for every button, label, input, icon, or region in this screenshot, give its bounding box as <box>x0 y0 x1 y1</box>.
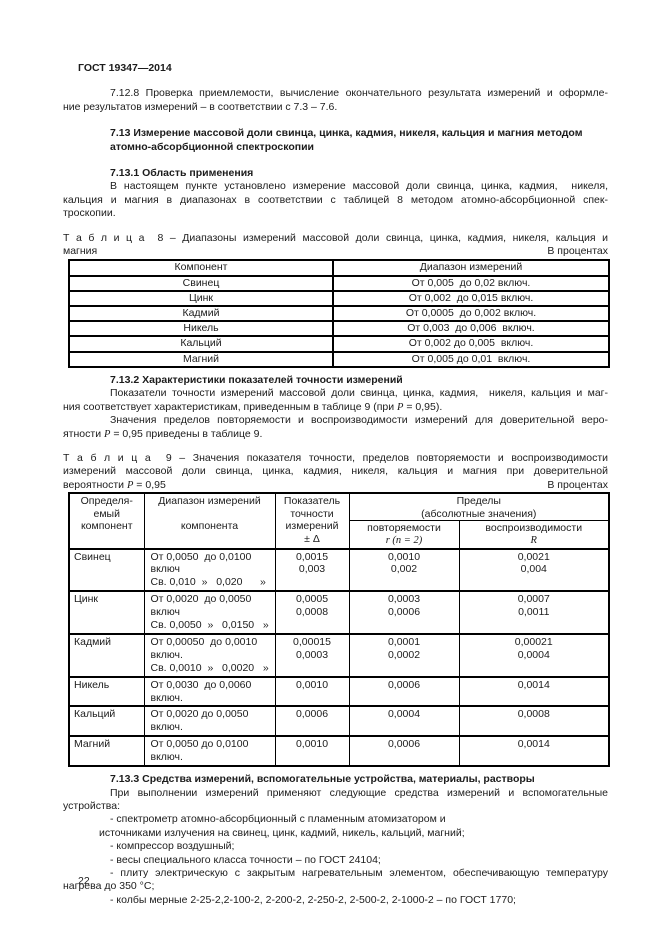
table9-header-reproducibility: воспроизводимостиR <box>459 521 609 549</box>
section-heading-7-13-1: 7.13.1 Область применения <box>110 167 608 180</box>
cell-range: От 0,005 до 0,02 включ. <box>333 276 609 291</box>
table9-header-limits: Пределы (абсолютные значения) <box>349 493 609 521</box>
text-fragment: повторяемости <box>354 522 455 535</box>
table9-header-accuracy: Показатель точности измерений ± Δ <box>275 493 349 548</box>
paragraph-7-13-3-line-1: При выполнении измерений применяют следу… <box>63 787 608 800</box>
cell-range: От 0,0020 до 0,0050 включ. <box>144 706 275 736</box>
cell-repeatability: 0,0001 0,0002 <box>349 634 459 677</box>
cell-range: От 0,003 до 0,006 включ. <box>333 321 609 336</box>
table-row: Никель От 0,0030 до 0,0060 включ. 0,0010… <box>69 677 609 707</box>
cell-reproducibility: 0,0014 <box>459 677 609 707</box>
cell-component: Свинец <box>69 276 333 291</box>
table9-caption-line-1: Т а б л и ц а 9 – Значения показателя то… <box>63 452 608 465</box>
cell-component: Свинец <box>69 549 144 592</box>
list-item-hotplate-line-2: нагрева до 350 °С; <box>63 880 608 893</box>
paragraph-7-13-2b-line-2: ятности P = 0,95 приведены в таблице 9. <box>63 428 608 441</box>
table9-header-repeatability: повторяемостиr (n = 2) <box>349 521 459 549</box>
cell-accuracy: 0,0005 0,0008 <box>275 591 349 634</box>
cell-repeatability: 0,0010 0,002 <box>349 549 459 592</box>
text-fragment: ятности <box>63 428 104 440</box>
list-item-compressor: - компрессор воздушный; <box>63 840 608 853</box>
cell-repeatability: 0,0004 <box>349 706 459 736</box>
cell-range: От 0,002 до 0,015 включ. <box>333 291 609 306</box>
table-row: Магний От 0,0050 до 0,0100 включ. 0,0010… <box>69 736 609 766</box>
cell-component: Кадмий <box>69 634 144 677</box>
paragraph-7-13-2b-line-1: Значения пределов повторяемости и воспро… <box>63 414 608 427</box>
cell-accuracy: 0,0010 <box>275 677 349 707</box>
table9-caption: Т а б л и ц а 9 – Значения показателя то… <box>63 452 608 492</box>
table-row: Кальций От 0,0020 до 0,0050 включ. 0,000… <box>69 706 609 736</box>
cell-reproducibility: 0,00021 0,0004 <box>459 634 609 677</box>
table-row: МагнийОт 0,005 до 0,01 включ. <box>69 352 609 367</box>
cell-component: Кадмий <box>69 306 333 321</box>
page-number: 22 <box>78 875 90 888</box>
table9-header-range: Диапазон измерений компонента <box>144 493 275 548</box>
text-fragment: ния соответствует характеристикам, приве… <box>63 401 397 413</box>
document-page: ГОСТ 19347—2014 7.12.8 Проверка приемлем… <box>0 0 661 935</box>
section-heading-7-13-3: 7.13.3 Средства измерений, вспомогательн… <box>110 773 608 786</box>
paragraph-7-13-2a-line-2: ния соответствует характеристикам, приве… <box>63 401 608 414</box>
cell-accuracy: 0,0006 <box>275 706 349 736</box>
cell-reproducibility: 0,0007 0,0011 <box>459 591 609 634</box>
formula-R: R <box>464 535 605 548</box>
table9-caption-tail: вероятности P = 0,95 <box>63 479 166 492</box>
table8-measurement-ranges: Компонент Диапазон измерений СвинецОт 0,… <box>68 259 610 367</box>
cell-range: От 0,0030 до 0,0060 включ. <box>144 677 275 707</box>
table9-caption-line-2: измерений массовой доли свинца, цинка, к… <box>63 465 608 478</box>
paragraph-7-13-2a-line-1: Показатели точности измерений массовой д… <box>63 387 608 400</box>
table-row: Цинк От 0,0020 до 0,0050 включ Св. 0,005… <box>69 591 609 634</box>
cell-reproducibility: 0,0008 <box>459 706 609 736</box>
cell-repeatability: 0,0006 <box>349 736 459 766</box>
text-fragment: = 0,95 приведены в таблице 9. <box>110 428 262 440</box>
table8-header-range: Диапазон измерений <box>333 260 609 275</box>
cell-reproducibility: 0,0014 <box>459 736 609 766</box>
cell-accuracy: 0,0010 <box>275 736 349 766</box>
paragraph-7-13-1-line-1: В настоящем пункте установлено измерение… <box>63 180 608 193</box>
table-row: ЦинкОт 0,002 до 0,015 включ. <box>69 291 609 306</box>
table9-accuracy-limits: Определя- емый компонент Диапазон измере… <box>68 492 610 767</box>
cell-accuracy: 0,0015 0,003 <box>275 549 349 592</box>
cell-component: Кальций <box>69 336 333 351</box>
cell-repeatability: 0,0006 <box>349 677 459 707</box>
paragraph-7-13-3-line-2: устройства: <box>63 800 608 813</box>
cell-range: От 0,005 до 0,01 включ. <box>333 352 609 367</box>
table-row: Кадмий От 0,00050 до 0,0010 включ. Св. 0… <box>69 634 609 677</box>
table8-header-row: Компонент Диапазон измерений <box>69 260 609 275</box>
text-fragment: вероятности <box>63 479 127 491</box>
table9-units-label: В процентах <box>547 479 608 492</box>
cell-component: Цинк <box>69 291 333 306</box>
table9-caption-line-3: вероятности P = 0,95 В процентах <box>63 479 608 492</box>
list-item-spectrometer-line-2: источниками излучения на свинец, цинк, к… <box>63 827 608 840</box>
list-item-flasks: - колбы мерные 2-25-2,2-100-2, 2-200-2, … <box>63 894 608 907</box>
text-fragment: = 0,95 <box>133 479 165 491</box>
cell-component: Никель <box>69 677 144 707</box>
section-heading-7-13-line-2: атомно-абсорбционной спектроскопии <box>110 141 608 154</box>
cell-range: От 0,0050 до 0,0100 включ Св. 0,010 » 0,… <box>144 549 275 592</box>
list-item-scales: - весы специального класса точности – по… <box>63 854 608 867</box>
paragraph-7-12-8-line-2: ние результатов измерений – в соответств… <box>63 101 608 114</box>
table8-units-label: В процентах <box>547 245 608 258</box>
table9-header-component: Определя- емый компонент <box>69 493 144 548</box>
table-row: КальцийОт 0,002 до 0,005 включ. <box>69 336 609 351</box>
running-header: ГОСТ 19347—2014 <box>78 62 608 75</box>
table9-header-row-1: Определя- емый компонент Диапазон измере… <box>69 493 609 521</box>
table-row: Свинец От 0,0050 до 0,0100 включ Св. 0,0… <box>69 549 609 592</box>
cell-range: От 0,0005 до 0,002 включ. <box>333 306 609 321</box>
section-heading-7-13-2: 7.13.2 Характеристики показателей точнос… <box>110 374 608 387</box>
formula-r-n-2: r (n = 2) <box>354 535 455 548</box>
table-row: НикельОт 0,003 до 0,006 включ. <box>69 321 609 336</box>
cell-component: Никель <box>69 321 333 336</box>
cell-component: Цинк <box>69 591 144 634</box>
paragraph-7-13-1-line-3: троскопии. <box>63 207 608 220</box>
cell-component: Магний <box>69 736 144 766</box>
table8-caption-line-1: Т а б л и ц а 8 – Диапазоны измерений ма… <box>63 232 608 245</box>
cell-range: От 0,0050 до 0,0100 включ. <box>144 736 275 766</box>
table-row: СвинецОт 0,005 до 0,02 включ. <box>69 276 609 291</box>
text-fragment: воспроизводимости <box>464 522 605 535</box>
cell-range: От 0,002 до 0,005 включ. <box>333 336 609 351</box>
cell-repeatability: 0,0003 0,0006 <box>349 591 459 634</box>
table8-caption-line-2: магния В процентах <box>63 245 608 258</box>
cell-component: Магний <box>69 352 333 367</box>
table8-caption: Т а б л и ц а 8 – Диапазоны измерений ма… <box>63 232 608 259</box>
cell-component: Кальций <box>69 706 144 736</box>
paragraph-7-12-8-line-1: 7.12.8 Проверка приемлемости, вычисление… <box>63 87 608 100</box>
cell-range: От 0,00050 до 0,0010 включ. Св. 0,0010 »… <box>144 634 275 677</box>
cell-reproducibility: 0,0021 0,004 <box>459 549 609 592</box>
paragraph-7-13-1-line-2: кальция и магния в диапазонах в соответс… <box>63 194 608 207</box>
table-row: КадмийОт 0,0005 до 0,002 включ. <box>69 306 609 321</box>
list-item-hotplate-line-1: - плиту электрическую с закрытым нагрева… <box>63 867 608 880</box>
text-fragment: = 0,95). <box>403 401 442 413</box>
section-heading-7-13-line-1: 7.13 Измерение массовой доли свинца, цин… <box>110 127 608 140</box>
table8-header-component: Компонент <box>69 260 333 275</box>
cell-accuracy: 0,00015 0,0003 <box>275 634 349 677</box>
section-heading-7-13: 7.13 Измерение массовой доли свинца, цин… <box>110 127 608 154</box>
table8-caption-tail: магния <box>63 245 97 258</box>
cell-range: От 0,0020 до 0,0050 включ Св. 0,0050 » 0… <box>144 591 275 634</box>
list-item-spectrometer-line-1: - спектрометр атомно-абсорбционный с пла… <box>63 813 608 826</box>
